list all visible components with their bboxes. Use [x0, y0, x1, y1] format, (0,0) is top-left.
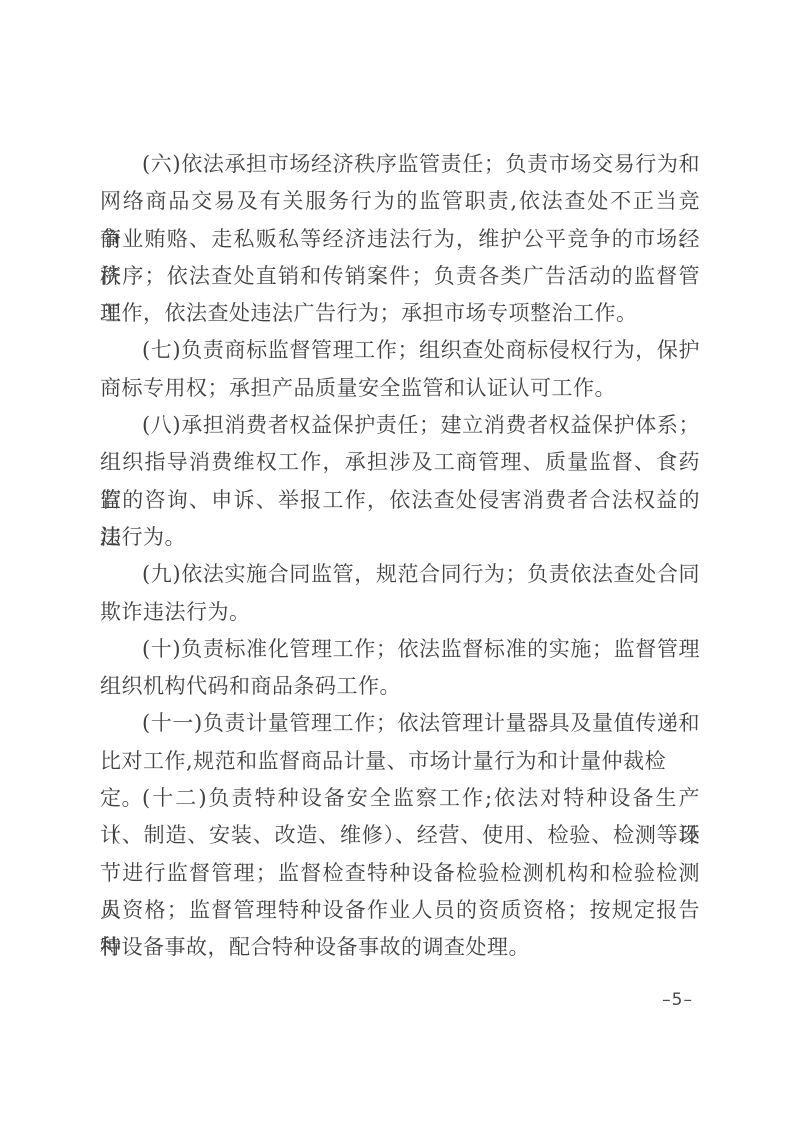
document-line: (九)依法实施合同监管，规范合同行为；负责依法查处合同 [100, 556, 700, 593]
document-line: 商标专用权；承担产品质量安全监管和认证认可工作。 [100, 370, 700, 407]
document-line: 节进行监督管理；监督检查特种设备检验检测机构和检验检测人 [100, 855, 700, 892]
document-line: 秩序；依法查处直销和传销案件；负责各类广告活动的监督管理 [100, 258, 700, 295]
document-line: 组织机构代码和商品条码工作。 [100, 668, 700, 705]
paragraph: (十二)负责特种设备安全监察工作;依法对特种设备生产（设计、制造、安装、改造、维… [100, 780, 700, 966]
document-line: (八)承担消费者权益保护责任；建立消费者权益保护体系； [100, 407, 700, 444]
document-line: 法行为。 [100, 519, 700, 556]
document-line: 欺诈违法行为。 [100, 594, 700, 631]
paragraph: (七)负责商标监督管理工作；组织查处商标侵权行为，保护商标专用权；承担产品质量安… [100, 332, 700, 407]
document-line: 网络商品交易及有关服务行为的监管职责,依法查处不正当竞争、 [100, 183, 700, 220]
page-number: –5– [662, 990, 693, 1010]
document-line: (十二)负责特种设备安全监察工作;依法对特种设备生产（设 [100, 780, 700, 817]
document-line: 商业贿赂、走私贩私等经济违法行为，维护公平竞争的市场经济 [100, 221, 700, 258]
document-body: (六)依法承担市场经济秩序监管责任；负责市场交易行为和网络商品交易及有关服务行为… [100, 146, 700, 967]
document-line: 员资格；监督管理特种设备作业人员的资质资格；按规定报告特 [100, 892, 700, 929]
document-line: (六)依法承担市场经济秩序监管责任；负责市场交易行为和 [100, 146, 700, 183]
paragraph: (九)依法实施合同监管，规范合同行为；负责依法查处合同欺诈违法行为。 [100, 556, 700, 631]
paragraph: (十一)负责计量管理工作；依法管理计量器具及量值传递和比对工作,规范和监督商品计… [100, 705, 700, 780]
paragraph: (八)承担消费者权益保护责任；建立消费者权益保护体系；组织指导消费维权工作，承担… [100, 407, 700, 556]
paragraph: (十)负责标准化管理工作；依法监督标准的实施；监督管理组织机构代码和商品条码工作… [100, 631, 700, 706]
document-line: 工作，依法查处违法广告行为；承担市场专项整治工作。 [100, 295, 700, 332]
document-line: 组织指导消费维权工作，承担涉及工商管理、质量监督、食药监 [100, 444, 700, 481]
document-line: (七)负责商标监督管理工作；组织查处商标侵权行为，保护 [100, 332, 700, 369]
document-line: 种设备事故，配合特种设备事故的调查处理。 [100, 929, 700, 966]
document-line: (十一)负责计量管理工作；依法管理计量器具及量值传递和 [100, 705, 700, 742]
document-line: 计、制造、安装、改造、维修）、经营、使用、检验、检测等环 [100, 817, 700, 854]
paragraph: (六)依法承担市场经济秩序监管责任；负责市场交易行为和网络商品交易及有关服务行为… [100, 146, 700, 332]
document-line: 管的咨询、申诉、举报工作，依法查处侵害消费者合法权益的违 [100, 482, 700, 519]
document-line: 比对工作,规范和监督商品计量、市场计量行为和计量仲裁检定。 [100, 743, 700, 780]
document-page: (六)依法承担市场经济秩序监管责任；负责市场交易行为和网络商品交易及有关服务行为… [0, 0, 793, 1122]
document-line: (十)负责标准化管理工作；依法监督标准的实施；监督管理 [100, 631, 700, 668]
